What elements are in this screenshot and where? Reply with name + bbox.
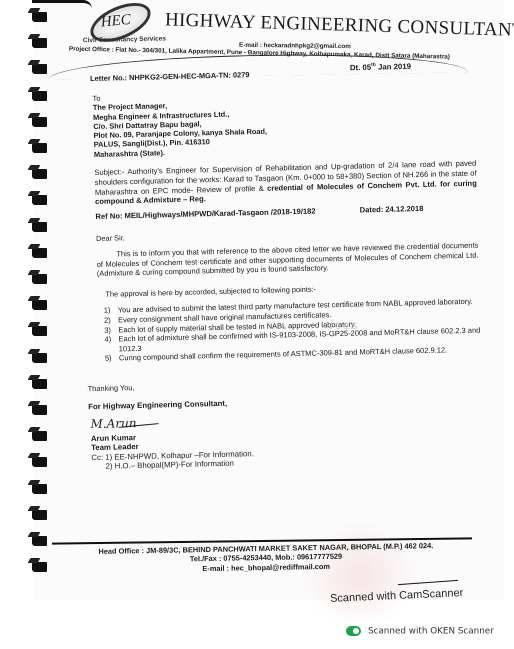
item-number: 3) (104, 325, 111, 334)
logo-text: HEC (100, 12, 131, 32)
binding-ring (32, 64, 47, 74)
letter-date: Dt. 05th Jan 2019 (350, 60, 411, 72)
red-smudge (300, 520, 420, 630)
tagline: Civil Consultancy Services (83, 35, 166, 44)
cc-list: Cc: 1) EE-NHPWD, Kolhapur –For Informati… (91, 449, 254, 472)
binding-ring (32, 431, 47, 441)
binding-ring (32, 353, 47, 363)
oken-watermark: Scanned with OKEN Scanner (346, 626, 494, 637)
binding-ring (32, 169, 47, 179)
letterhead: HEC Civil Consultancy Services HIGHWAY E… (50, 0, 481, 62)
oken-toggle-icon (346, 626, 361, 636)
ref-date: Dated: 24.12.2018 (360, 204, 424, 215)
project-office-email: E-mail : heckaradnhpkg2@gmail.com (239, 42, 351, 50)
binding-ring (32, 91, 47, 101)
item-number: 5) (105, 354, 112, 363)
binding-ring (32, 222, 47, 232)
item-number: 4) (104, 335, 111, 344)
salutation: Dear Sir, (96, 233, 125, 243)
binding-ring (32, 562, 47, 572)
item-number: 2) (104, 315, 111, 324)
binding-ring (32, 510, 47, 520)
binding-ring (32, 195, 47, 205)
signature: M.Arun (90, 419, 136, 429)
binding-ring (32, 12, 47, 22)
spiral-binding (30, 0, 52, 600)
faint-stamp-text: ices (330, 318, 359, 332)
conditions-list: 1)You are advised to submit the latest t… (98, 297, 481, 365)
binding-ring (32, 326, 47, 336)
signer-block: Arun Kumar Team Leader (91, 433, 139, 453)
binding-ring (32, 536, 47, 546)
binding-ring (32, 379, 47, 389)
binding-ring (32, 143, 47, 153)
binding-ring (32, 405, 47, 415)
binding-ring (32, 38, 47, 48)
closing-thanks: Thanking You, (88, 383, 135, 393)
oken-text: Scanned with OKEN Scanner (368, 627, 494, 637)
firm-name: HIGHWAY ENGINEERING CONSULTANT (165, 9, 514, 42)
binding-ring (32, 457, 47, 467)
binding-ring (32, 117, 47, 127)
item-number: 1) (104, 306, 111, 315)
binding-ring (32, 274, 47, 284)
binding-ring (32, 300, 47, 310)
binding-ring (32, 248, 47, 258)
recipient-address: To The Project Manager, Megha Engineer &… (92, 90, 267, 159)
binding-ring (32, 484, 47, 494)
